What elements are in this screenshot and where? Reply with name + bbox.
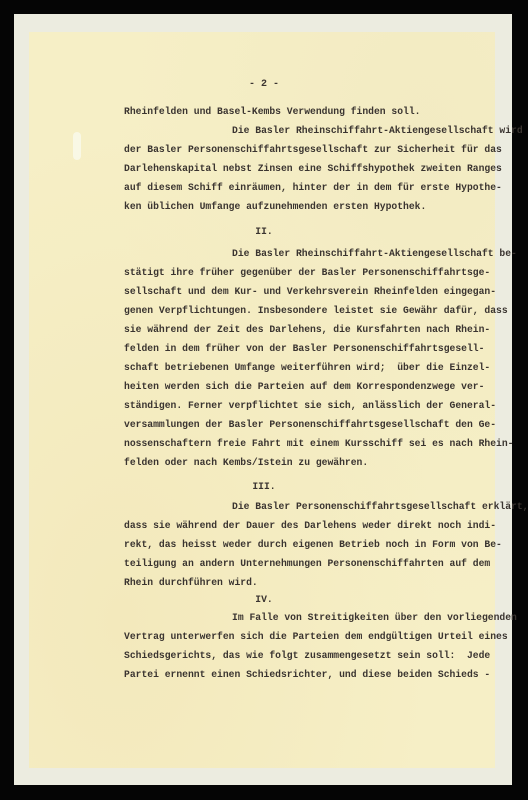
paragraph-4-line: Vertrag unterwerfen sich die Parteien de… <box>124 631 508 643</box>
paragraph-3-line: teiligung an andern Unternehmungen Perso… <box>124 558 490 570</box>
paragraph-4-line: Im Falle von Streitigkeiten über den vor… <box>232 612 517 624</box>
paragraph-1-line: Die Basler Rheinschiffahrt-Aktiengesells… <box>232 125 523 137</box>
paragraph-3-line: Die Basler Personenschiffahrtsgesellscha… <box>232 501 528 513</box>
section-4-heading: IV. <box>0 594 528 606</box>
paragraph-3-line: rekt, das heisst weder durch eigenen Bet… <box>124 539 502 551</box>
paragraph-1-line: Darlehenskapital nebst Zinsen eine Schif… <box>124 163 502 175</box>
continuation-line: Rheinfelden und Basel-Kembs Verwendung f… <box>124 106 421 118</box>
paragraph-2-line: sellschaft und dem Kur- und Verkehrsvere… <box>124 286 496 298</box>
paragraph-2-line: nossenschaftern freie Fahrt mit einem Ku… <box>124 438 514 450</box>
paragraph-3-line: Rhein durchführen wird. <box>124 577 258 589</box>
paragraph-2-line: sie während der Zeit des Darlehens, die … <box>124 324 490 336</box>
paragraph-2-line: Die Basler Rheinschiffahrt-Aktiengesells… <box>232 248 517 260</box>
paragraph-2-line: ständigen. Ferner verpflichtet sie sich,… <box>124 400 496 412</box>
paragraph-3-line: dass sie während der Dauer des Darlehens… <box>124 520 496 532</box>
paragraph-2-line: heiten werden sich die Parteien auf dem … <box>124 381 484 393</box>
paragraph-1-line: auf diesem Schiff einräumen, hinter der … <box>124 182 502 194</box>
paragraph-2-line: felden in dem früher von der Basler Pers… <box>124 343 484 355</box>
paragraph-1-line: ken üblichen Umfange aufzunehmenden erst… <box>124 201 426 213</box>
paragraph-2-line: schaft betriebenen Umfange weiterführen … <box>124 362 490 374</box>
page-number: - 2 - <box>0 79 528 91</box>
section-3-heading: III. <box>0 481 528 493</box>
paragraph-4-line: Schiedsgerichts, das wie folgt zusammeng… <box>124 650 490 662</box>
paragraph-2-line: versammlungen der Basler Personenschiffa… <box>124 419 496 431</box>
paragraph-2-line: felden oder nach Kembs/Istein zu gewähre… <box>124 457 368 469</box>
paragraph-1-line: der Basler Personenschiffahrtsgesellscha… <box>124 144 502 156</box>
paragraph-2-line: genen Verpflichtungen. Insbesondere leis… <box>124 305 508 317</box>
paragraph-4-line: Partei ernennt einen Schiedsrichter, und… <box>124 669 490 681</box>
paper-smudge <box>73 132 81 160</box>
section-2-heading: II. <box>0 226 528 238</box>
paragraph-2-line: stätigt ihre früher gegenüber der Basler… <box>124 267 490 279</box>
